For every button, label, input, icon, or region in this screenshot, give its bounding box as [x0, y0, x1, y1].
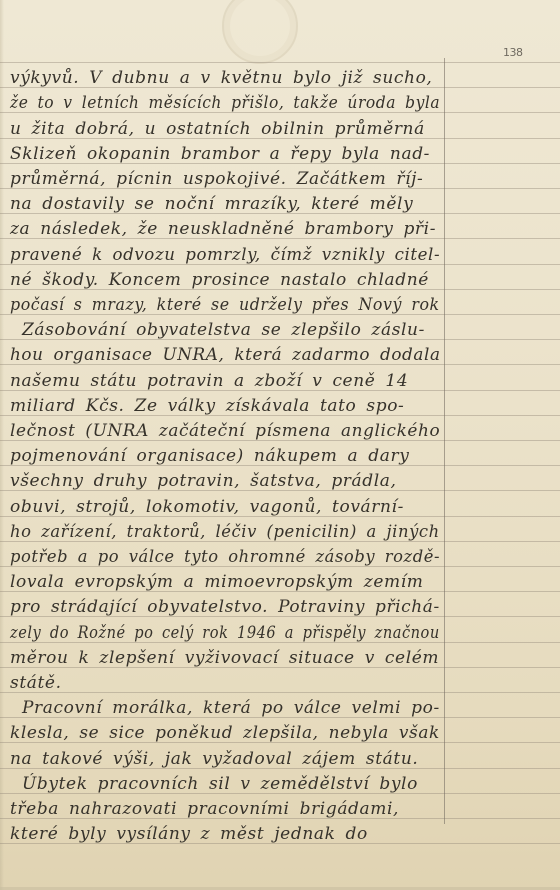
text-line: průměrná, pícnin uspokojivé. Začátkem ří…	[10, 167, 423, 192]
text-line: ho zařízení, traktorů, léčiv (penicilin)…	[10, 520, 440, 545]
text-line: všechny druhy potravin, šatstva, prádla,	[10, 469, 397, 494]
text-line: Sklizeň okopanin brambor a řepy byla nad…	[10, 142, 430, 167]
ruled-line	[0, 692, 560, 693]
text-line: že to v letních měsících přišlo, takže ú…	[10, 91, 440, 116]
page-number: 138	[503, 46, 523, 59]
text-line: pojmenování organisace) nákupem a dary	[10, 444, 409, 469]
ruled-line	[0, 62, 560, 63]
text-line: na dostavily se noční mrazíky, které měl…	[10, 192, 413, 217]
text-line: státě.	[10, 671, 62, 696]
text-line: které byly vysílány z měst jednak do	[10, 822, 368, 847]
right-margin-line	[444, 58, 445, 824]
text-line: miliard Kčs. Ze války získávala tato spo…	[10, 394, 404, 419]
text-line: za následek, že neuskladněné brambory př…	[10, 217, 436, 242]
text-line: lečnost (UNRA začáteční písmena anglické…	[10, 419, 440, 444]
text-line: našemu státu potravin a zboží v ceně 14	[10, 369, 408, 394]
text-line: na takové výši, jak vyžadoval zájem stát…	[10, 747, 418, 772]
text-line: obuvi, strojů, lokomotiv, vagonů, továrn…	[10, 495, 404, 520]
page-edge-shadow	[0, 0, 4, 890]
text-line: né škody. Koncem prosince nastalo chladn…	[10, 268, 429, 293]
text-line: Zásobování obyvatelstva se zlepšilo zásl…	[22, 318, 425, 343]
manuscript-page: 138 výkyvů. V dubnu a v květnu bylo již …	[0, 0, 560, 890]
text-line: pravené k odvozu pomrzly, čímž vznikly c…	[10, 243, 440, 268]
text-line: zely do Rožné po celý rok 1946 a přispěl…	[10, 621, 440, 646]
text-line: hou organisace UNRA, která zadarmo dodal…	[10, 343, 441, 368]
text-line: Pracovní morálka, která po válce velmi p…	[22, 696, 440, 721]
text-line: Úbytek pracovních sil v zemědělství bylo	[22, 772, 418, 797]
text-line: u žita dobrá, u ostatních obilnin průměr…	[10, 117, 425, 142]
text-line: výkyvů. V dubnu a v květnu bylo již such…	[10, 66, 432, 91]
archive-stamp	[222, 0, 298, 64]
text-line: pro strádající obyvatelstvo. Potraviny p…	[10, 595, 440, 620]
text-line: měrou k zlepšení vyživovací situace v ce…	[10, 646, 439, 671]
text-line: klesla, se sice poněkud zlepšila, nebyla…	[10, 721, 440, 746]
text-line: počasí s mrazy, které se udržely přes No…	[10, 293, 440, 318]
text-line: třeba nahrazovati pracovními brigádami,	[10, 797, 399, 822]
text-line: lovala evropským a mimoevropským zemím	[10, 570, 423, 595]
text-line: potřeb a po válce tyto ohromné zásoby ro…	[10, 545, 440, 570]
